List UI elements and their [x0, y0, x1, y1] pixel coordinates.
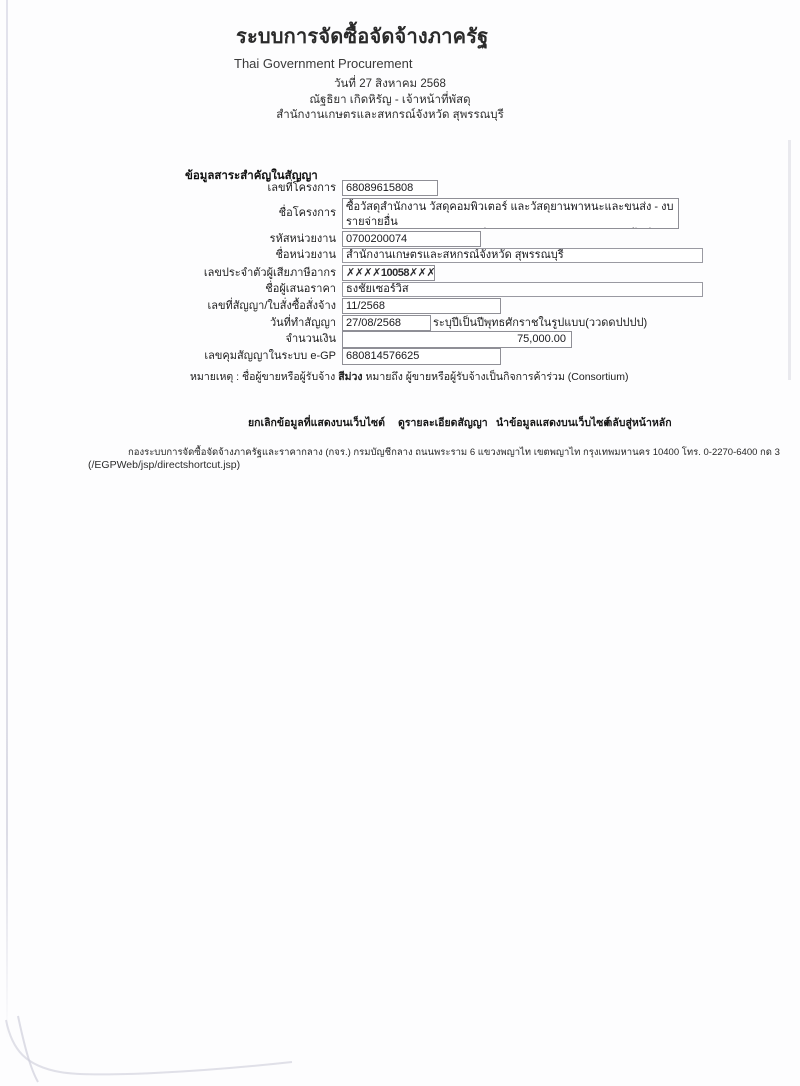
page-title: ระบบการจัดซื้อจัดจ้างภาครัฐ	[236, 20, 488, 52]
agency-code-input[interactable]: 0700200074	[342, 231, 481, 247]
agency-name-header: สำนักงานเกษตรและสหกรณ์จังหวัด สุพรรณบุรี	[276, 106, 504, 124]
project-name-input[interactable]: ซื้อวัสดุสำนักงาน วัสดุคอมพิวเตอร์ และวั…	[342, 198, 679, 229]
note-purple-highlight: สีม่วง	[338, 371, 362, 383]
project-number-label: เลขที่โครงการ	[0, 180, 336, 196]
egp-control-number-input[interactable]: 680814576625	[342, 348, 501, 365]
publish-website-data-button[interactable]: นำข้อมูลแสดงบนเว็บไซต์	[496, 414, 610, 431]
page-subtitle-english: Thai Government Procurement	[234, 56, 412, 71]
date-format-hint: ระบุปีเป็นปีพุทธศักราชในรูปแบบ(ววดดปปปป)	[433, 315, 647, 331]
scanned-procurement-page: ระบบการจัดซื้อจัดจ้างภาครัฐ Thai Governm…	[0, 0, 800, 1086]
taxpayer-id-input[interactable]: ✗✗✗✗10058✗✗✗✗	[342, 265, 435, 281]
amount-label: จำนวนเงิน	[0, 331, 336, 348]
agency-name-input[interactable]: สำนักงานเกษตรและสหกรณ์จังหวัด สุพรรณบุรี	[342, 248, 703, 263]
taxpayer-id-label: เลขประจำตัวผู้เสียภาษีอากร	[0, 265, 336, 281]
amount-input[interactable]: 75,000.00	[342, 331, 572, 348]
note-suffix: หมายถึง ผู้ขายหรือผู้รับจ้างเป็นกิจการค้…	[363, 371, 629, 383]
contract-date-input[interactable]: 27/08/2568	[342, 315, 431, 331]
contract-date-label: วันที่ทำสัญญา	[0, 315, 336, 331]
consortium-note: หมายเหตุ : ชื่อผู้ขายหรือผู้รับจ้าง สีม่…	[190, 368, 628, 385]
project-number-input[interactable]: 68089615808	[342, 180, 438, 196]
view-contract-detail-button[interactable]: ดูรายละเอียดสัญญา	[398, 414, 488, 431]
bidder-name-input[interactable]: ธงชัยเซอร์วิส	[342, 282, 703, 297]
note-prefix: หมายเหตุ : ชื่อผู้ขายหรือผู้รับจ้าง	[190, 371, 338, 383]
project-name-label: ชื่อโครงการ	[0, 198, 336, 229]
egp-control-number-label: เลขคุมสัญญาในระบบ e-GP	[0, 348, 336, 365]
bidder-name-label: ชื่อผู้เสนอราคา	[0, 282, 336, 297]
scan-right-edge-shadow	[788, 140, 791, 380]
back-to-home-button[interactable]: กลับสู่หน้าหลัก	[606, 414, 672, 431]
footer-address: กองระบบการจัดซื้อจัดจ้างภาครัฐและราคากลา…	[128, 445, 780, 460]
scan-left-edge-line	[6, 0, 8, 1040]
scan-corner-artifact	[0, 1014, 300, 1086]
contract-number-label: เลขที่สัญญา/ใบสั่งซื้อสั่งจ้าง	[0, 298, 336, 314]
agency-code-label: รหัสหน่วยงาน	[0, 231, 336, 247]
footer-url-path: (/EGPWeb/jsp/directshortcut.jsp)	[88, 459, 240, 471]
agency-name-label: ชื่อหน่วยงาน	[0, 248, 336, 263]
contract-number-input[interactable]: 11/2568	[342, 298, 501, 314]
cancel-website-data-button[interactable]: ยกเลิกข้อมูลที่แสดงบนเว็บไซต์	[248, 414, 385, 431]
